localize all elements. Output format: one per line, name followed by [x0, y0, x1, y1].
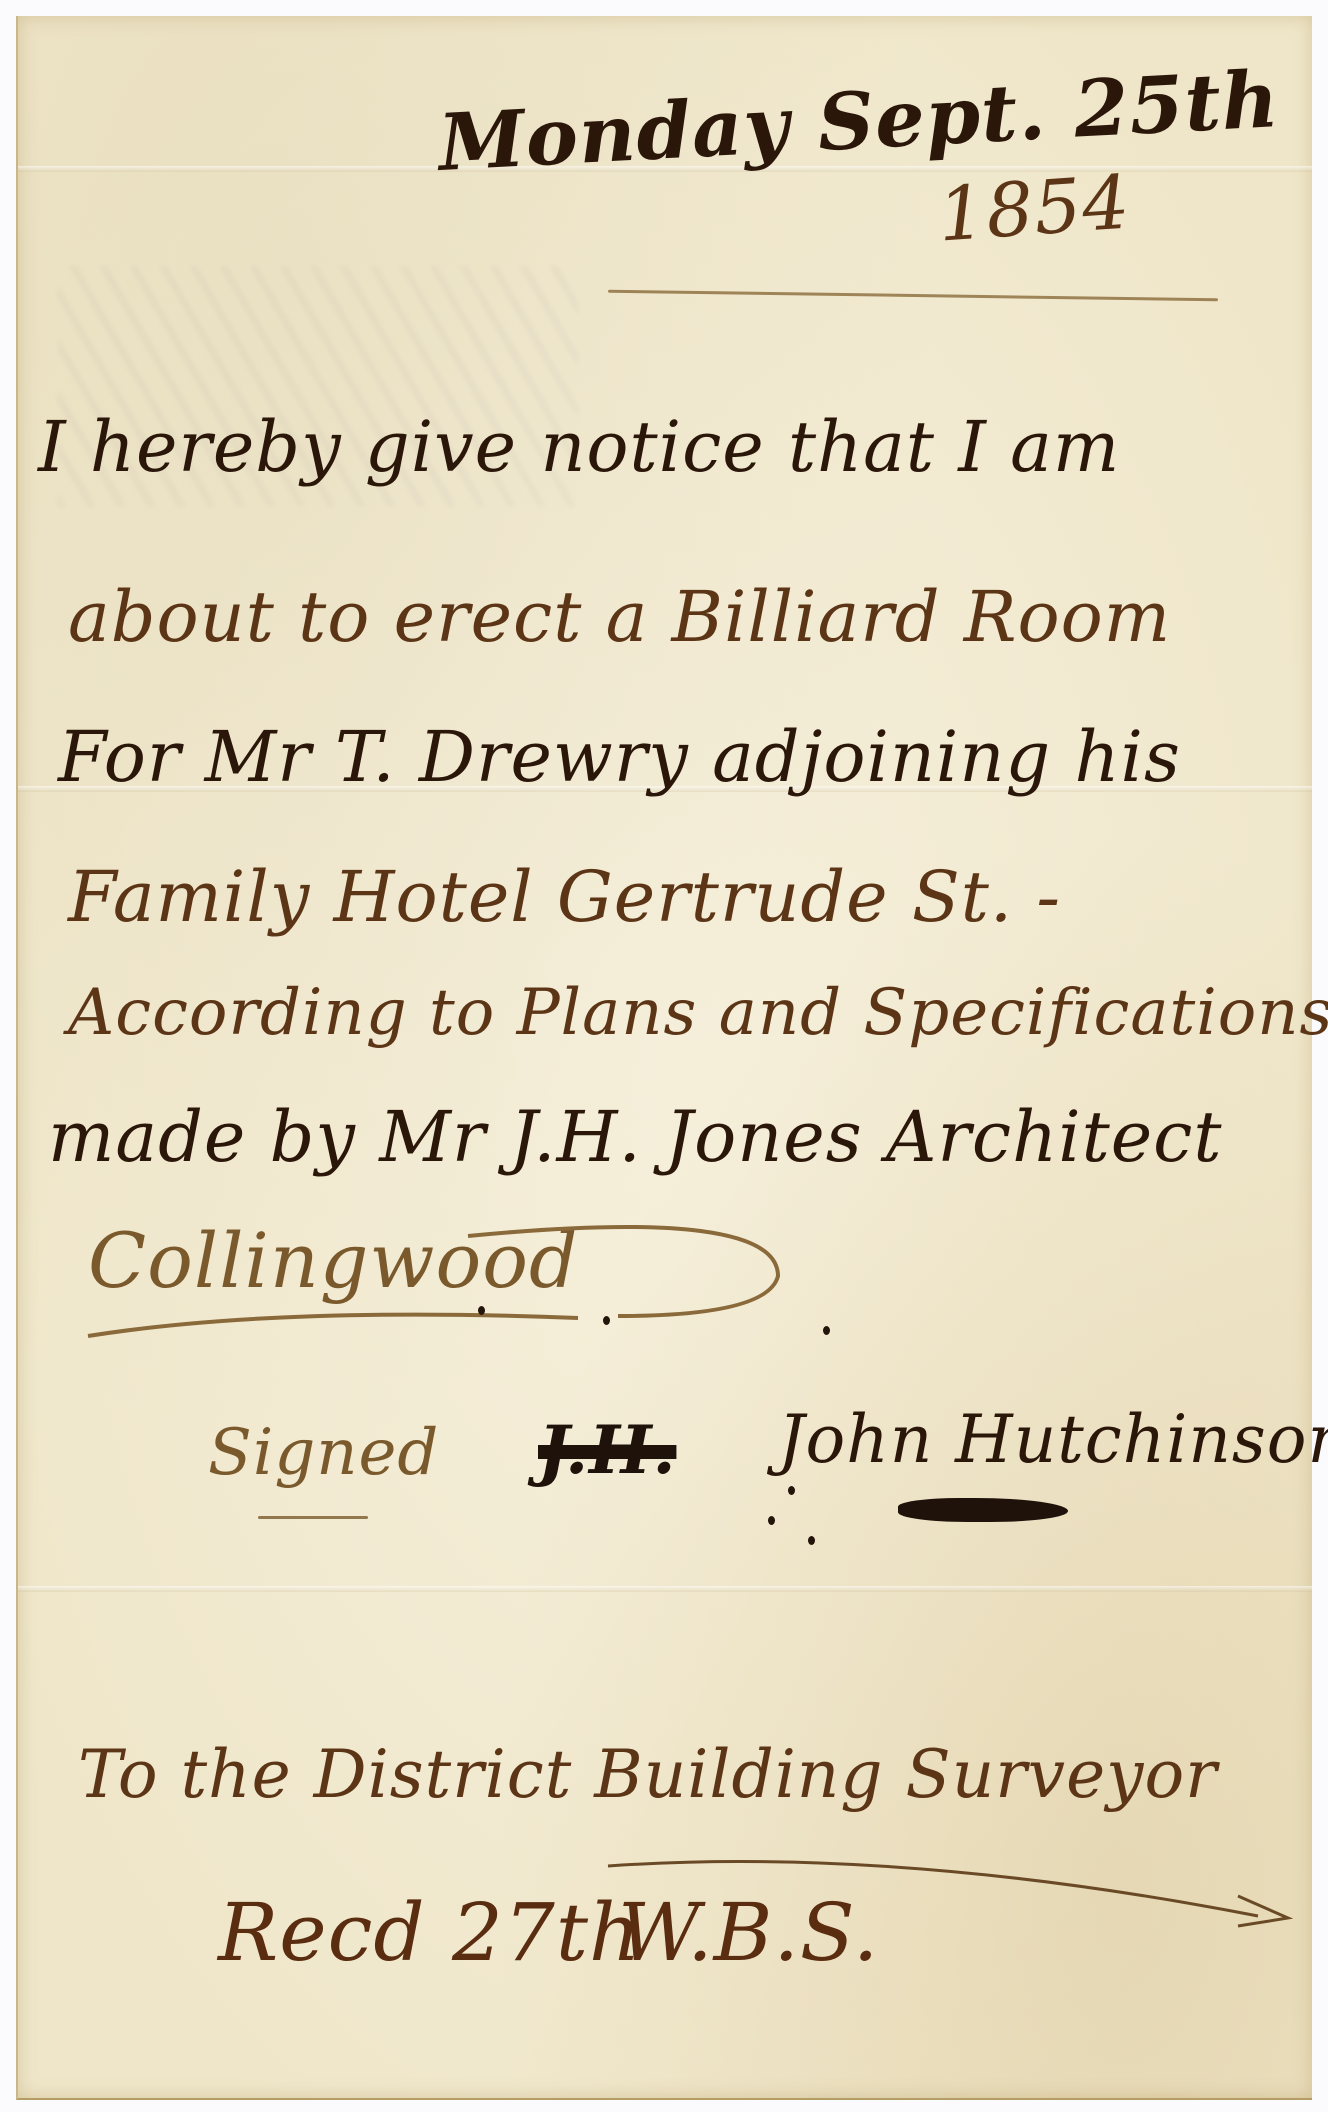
- signature-name: John Hutchinson: [778, 1401, 1328, 1478]
- addressee-line: To the District Building Surveyor: [78, 1736, 1218, 1813]
- paper-fold-crease: [18, 1586, 1312, 1592]
- body-line-3: For Mr T. Drewry adjoining his: [58, 716, 1181, 798]
- received-date: Recd 27th: [218, 1886, 642, 1979]
- ink-speck: [808, 1536, 815, 1545]
- ink-speck: [478, 1306, 485, 1315]
- letter-paper: Monday Sept. 25th 1854 I hereby give not…: [16, 16, 1312, 2100]
- body-line-4: Family Hotel Gertrude St. -: [68, 856, 1061, 938]
- body-line-2: about to erect a Billiard Room: [68, 576, 1171, 658]
- year: 1854: [935, 159, 1133, 258]
- ink-speck: [768, 1516, 775, 1525]
- ink-speck: [823, 1326, 830, 1335]
- ink-blot: [898, 1498, 1068, 1522]
- signed-underline: [258, 1516, 368, 1519]
- collingwood-flourish: [78, 1206, 818, 1356]
- ink-speck: [788, 1486, 795, 1495]
- signed-label: Signed: [208, 1416, 439, 1490]
- body-line-1: I hereby give notice that I am: [38, 406, 1120, 488]
- header-underline: [608, 290, 1218, 302]
- body-line-5: According to Plans and Specifications: [68, 976, 1328, 1050]
- received-arrow: [598, 1846, 1318, 1966]
- body-line-6: made by Mr J.H. Jones Architect: [48, 1096, 1222, 1178]
- ink-speck: [603, 1316, 610, 1325]
- struck-initials: J.H.: [538, 1411, 676, 1489]
